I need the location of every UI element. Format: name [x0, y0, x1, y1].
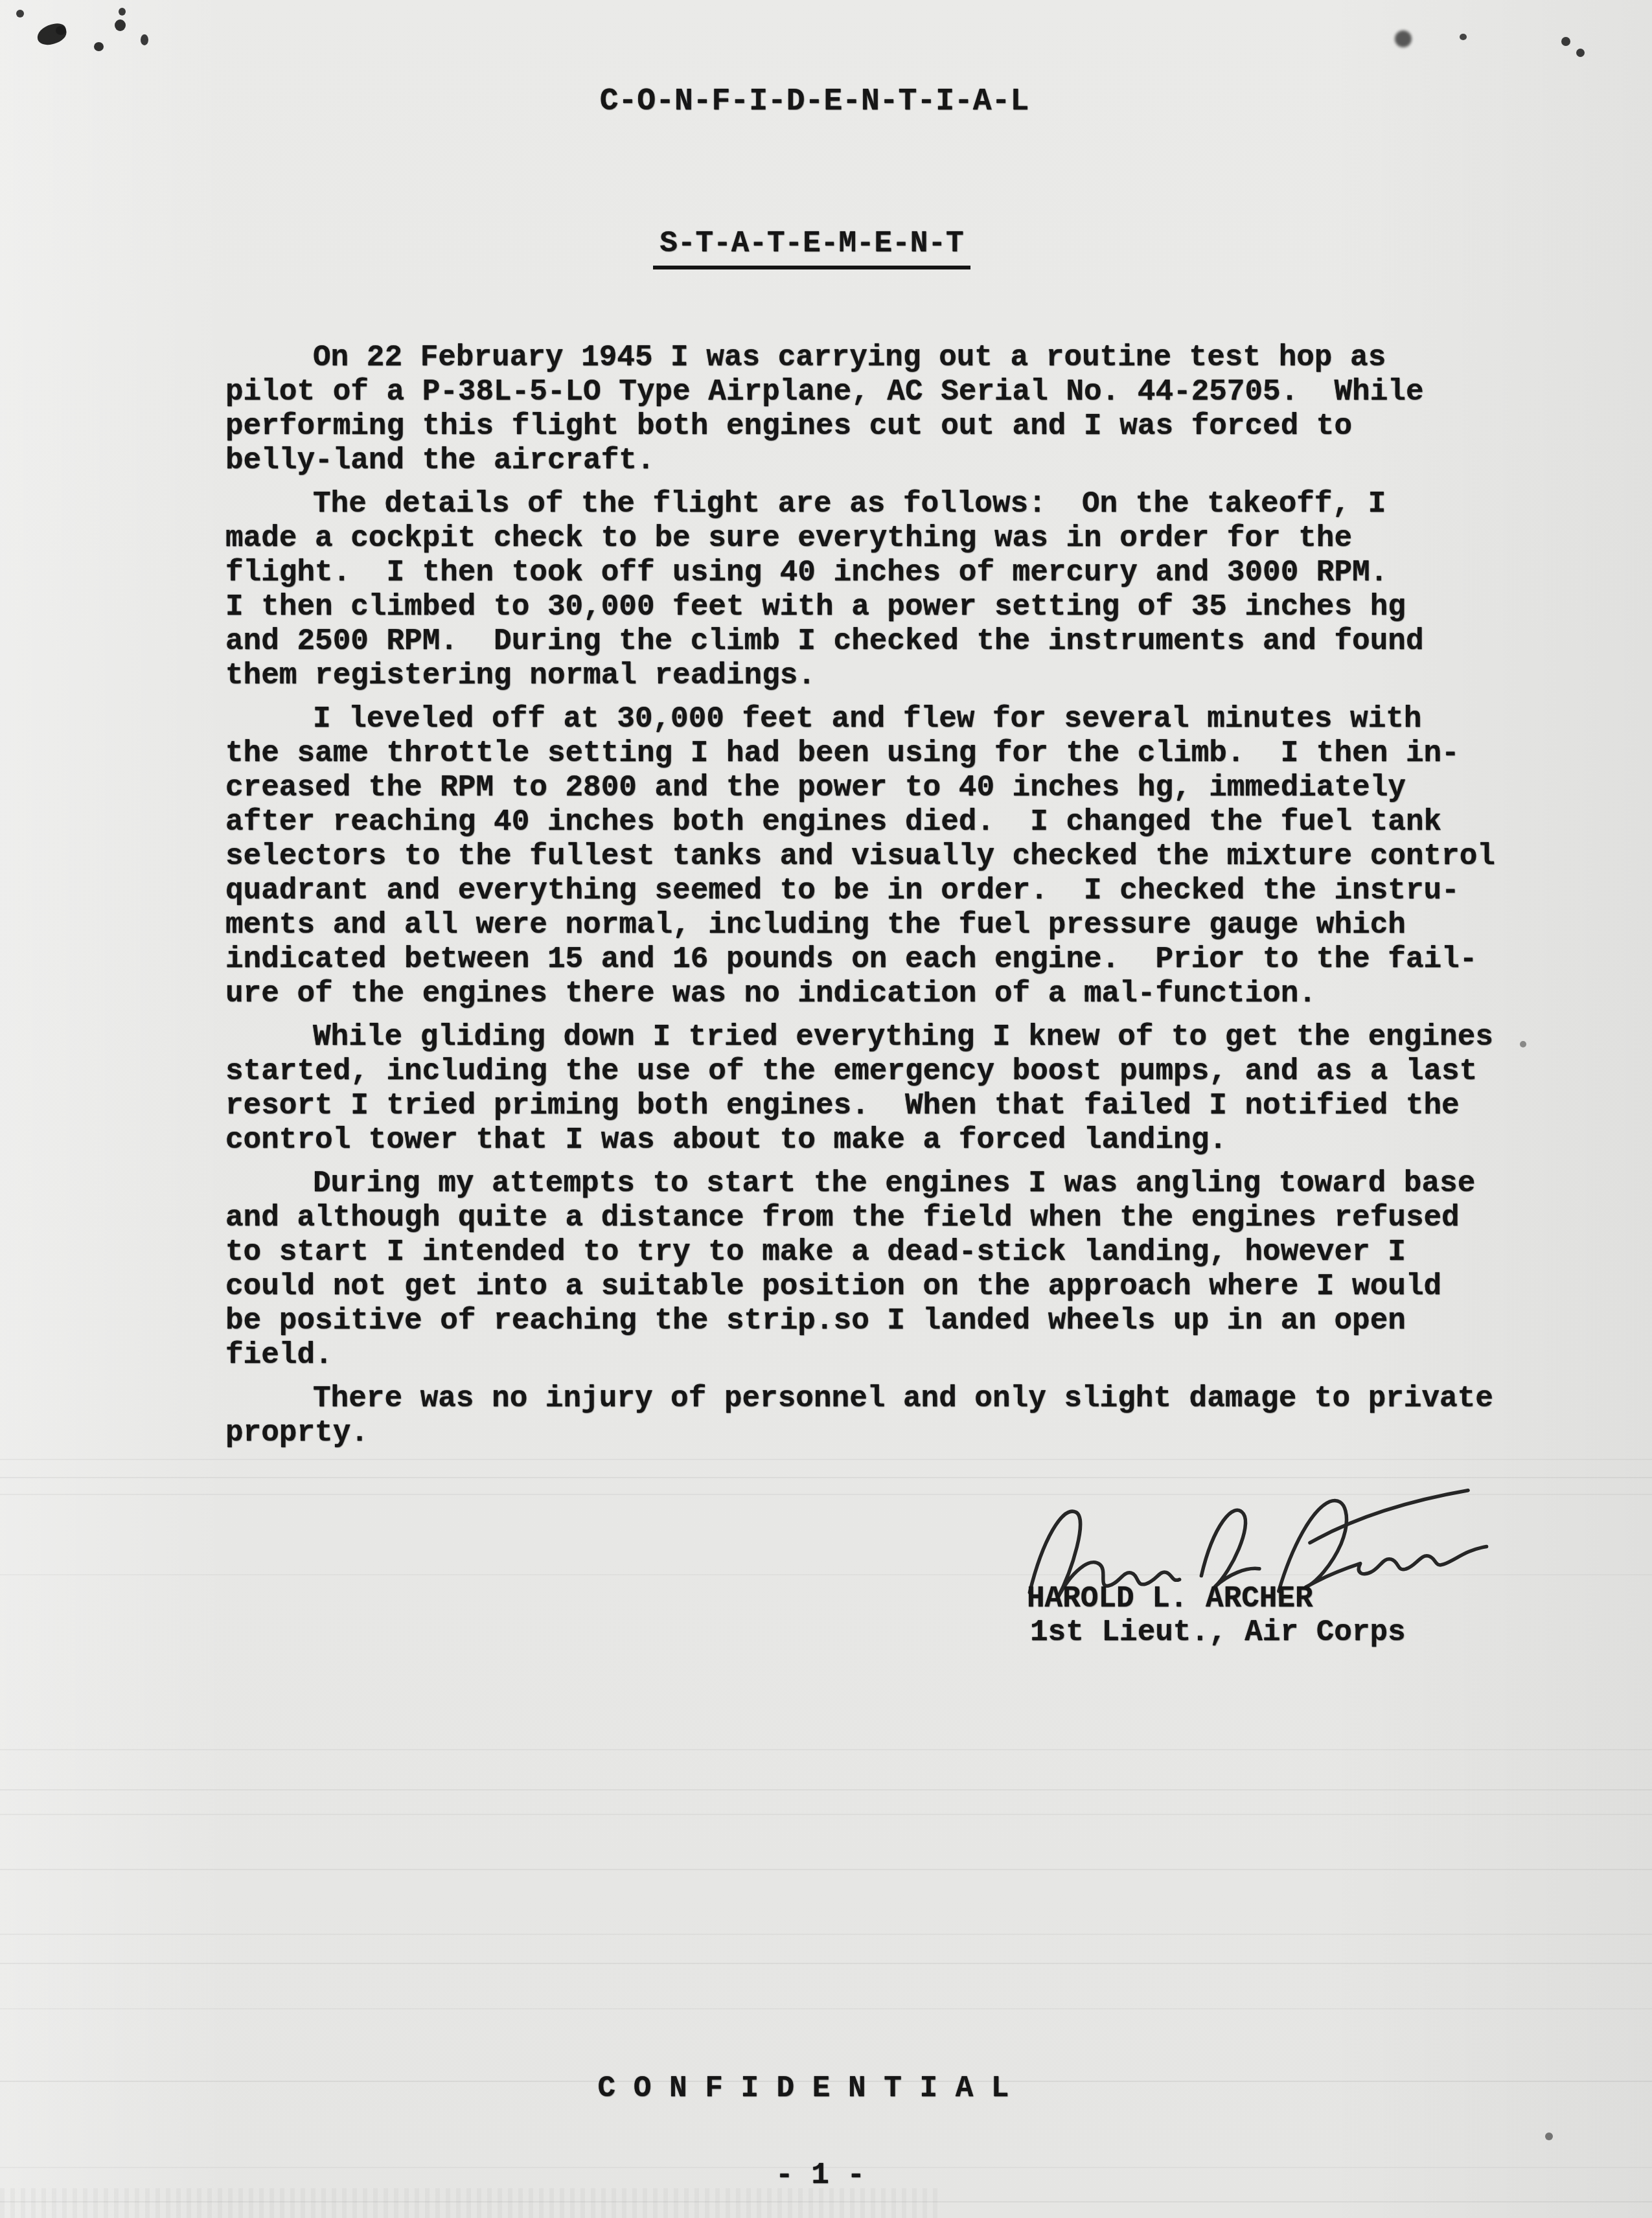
- ink-speck: [1576, 49, 1585, 57]
- ink-speck: [16, 10, 24, 17]
- text-line: indicated between 15 and 16 pounds on ea…: [225, 943, 1528, 977]
- ink-speck: [56, 26, 66, 35]
- ink-speck: [119, 8, 126, 16]
- text-line: selectors to the fullest tanks and visua…: [225, 840, 1528, 874]
- text-line: pilot of a P-38L-5-LO Type Airplane, AC …: [225, 375, 1528, 409]
- text-line: could not get into a suitable position o…: [225, 1270, 1528, 1304]
- ink-speck: [1395, 30, 1412, 47]
- text-line: There was no injury of personnel and onl…: [225, 1382, 1528, 1416]
- text-line: made a cockpit check to be sure everythi…: [225, 521, 1528, 556]
- text-line: control tower that I was about to make a…: [225, 1123, 1528, 1158]
- document-title-wrap: S-T-A-T-E-M-E-N-T: [0, 225, 1638, 269]
- scan-artifact-line: [0, 1963, 1652, 1964]
- paragraph: On 22 February 1945 I was carrying out a…: [225, 341, 1528, 478]
- ink-speck: [115, 19, 126, 31]
- scan-artifact-line: [0, 1934, 1652, 1935]
- text-line: and although quite a distance from the f…: [225, 1201, 1528, 1235]
- text-line: them registering normal readings.: [225, 659, 1528, 693]
- text-line: While gliding down I tried everything I …: [225, 1020, 1528, 1055]
- ink-speck: [94, 42, 104, 51]
- ink-speck: [1460, 34, 1467, 40]
- paragraph: While gliding down I tried everything I …: [225, 1020, 1528, 1158]
- text-line: belly-land the aircraft.: [225, 444, 1528, 478]
- paragraph: The details of the flight are as follows…: [225, 487, 1528, 693]
- scan-artifact-line: [0, 1869, 1652, 1870]
- text-line: resort I tried priming both engines. Whe…: [225, 1089, 1528, 1123]
- text-line: The details of the flight are as follows…: [225, 487, 1528, 521]
- paragraph: During my attempts to start the engines …: [225, 1167, 1528, 1373]
- typed-signature-name: HAROLD L. ARCHER: [1027, 1582, 1313, 1616]
- ink-speck: [1561, 37, 1570, 46]
- text-line: flight. I then took off using 40 inches …: [225, 556, 1528, 590]
- scan-artifact-line: [0, 1789, 1652, 1790]
- text-line: I then climbed to 30,000 feet with a pow…: [225, 590, 1528, 624]
- document-title: S-T-A-T-E-M-E-N-T: [653, 225, 970, 269]
- classification-footer: C O N F I D E N T I A L: [0, 2070, 1629, 2107]
- text-line: and 2500 RPM. During the climb I checked…: [225, 624, 1528, 659]
- paragraph: I leveled off at 30,000 feet and flew fo…: [225, 702, 1528, 1011]
- paragraph: There was no injury of personnel and onl…: [225, 1382, 1528, 1450]
- text-line: On 22 February 1945 I was carrying out a…: [225, 341, 1528, 375]
- ink-speck: [141, 34, 148, 45]
- scan-artifact-line: [0, 2008, 1652, 2009]
- statement-body: On 22 February 1945 I was carrying out a…: [225, 341, 1528, 1450]
- typed-signature-rank: 1st Lieut., Air Corps: [1030, 1616, 1406, 1649]
- text-line: creased the RPM to 2800 and the power to…: [225, 771, 1528, 805]
- classification-header: C-O-N-F-I-D-E-N-T-I-A-L: [0, 83, 1640, 120]
- ink-speck: [35, 21, 69, 47]
- text-line: ments and all were normal, including the…: [225, 908, 1528, 943]
- text-line: started, including the use of the emerge…: [225, 1055, 1528, 1089]
- scan-artifact-line: [0, 1749, 1652, 1750]
- text-line: to start I intended to try to make a dea…: [225, 1235, 1528, 1270]
- text-line: I leveled off at 30,000 feet and flew fo…: [225, 702, 1528, 737]
- text-line: During my attempts to start the engines …: [225, 1167, 1528, 1201]
- scan-artifact-line: [0, 1814, 1652, 1815]
- text-line: performing this flight both engines cut …: [225, 409, 1528, 444]
- text-line: field.: [225, 1338, 1528, 1373]
- scan-artifact-line: [0, 1459, 1652, 1460]
- scanned-document-page: C-O-N-F-I-D-E-N-T-I-A-L S-T-A-T-E-M-E-N-…: [0, 0, 1652, 2218]
- ink-speck: [1545, 2132, 1553, 2140]
- text-line: quadrant and everything seemed to be in …: [225, 874, 1528, 908]
- text-line: be positive of reaching the strip.so I l…: [225, 1304, 1528, 1338]
- text-line: proprty.: [225, 1416, 1528, 1450]
- text-line: after reaching 40 inches both engines di…: [225, 805, 1528, 840]
- signature-block: HAROLD L. ARCHER 1st Lieut., Air Corps: [1011, 1483, 1529, 1678]
- page-number: - 1 -: [0, 2157, 1646, 2193]
- text-line: ure of the engines there was no indicati…: [225, 977, 1528, 1011]
- text-line: the same throttle setting I had been usi…: [225, 737, 1528, 771]
